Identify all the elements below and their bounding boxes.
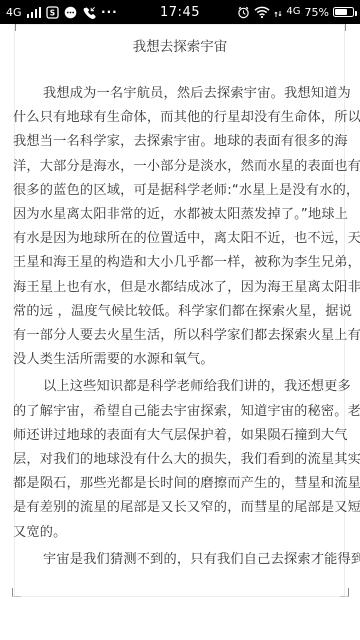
essay-line: 因为水星离太阳非常的近，水都被太阳蒸发掉了。”地球上 <box>13 203 348 227</box>
essay-paragraph: 宇宙是我们猜测不到的，只有我们自己去探索才能得到 <box>13 548 348 572</box>
status-bar-left: 4G S ··· <box>6 5 160 19</box>
essay-line: 层，对我们的地球没有什么大的损失，我们看到的流星其实 <box>13 448 348 472</box>
essay-line: 都是陨石，那些光都是长时间的磨擦而产生的，彗星和流星 <box>13 472 348 496</box>
essay-line: 师还讲过地球的表面有大气层保护着，如果陨石撞到大气 <box>13 424 348 448</box>
message-dots-icon <box>64 6 77 19</box>
battery-icon <box>333 7 354 17</box>
document-view[interactable]: 我想去探索宇宙 我想成为一名宇航员，然后去探索宇宙。我想知道为什么只有地球有生命… <box>0 24 360 640</box>
essay-line: 宇宙是我们猜测不到的，只有我们自己去探索才能得到 <box>13 548 348 572</box>
essay-paragraph: 我想成为一名宇航员，然后去探索宇宙。我想知道为什么只有地球有生命体，而其他的行星… <box>13 82 348 372</box>
essay-line: 海王星上也有水，但是水都结成冰了，因为海王星离太阳非 <box>13 276 348 300</box>
essay-body: 我想成为一名宇航员，然后去探索宇宙。我想知道为什么只有地球有生命体，而其他的行星… <box>0 82 360 572</box>
essay-line: 什么只有地球有生命体，而其他的行星却没有生命体，所以 <box>13 106 348 130</box>
network-type-label-left: 4G <box>6 6 22 19</box>
essay-line: 常的远 ，温度气候比较低。科学家们都在探索火星，据说 <box>13 300 348 324</box>
essay-paragraph: 以上这些知识都是科学老师给我们讲的，我还想更多的了解宇宙，希望自己能去宇宙探索，… <box>13 375 348 544</box>
essay-line: 有一部分人要去火星生活，所以科学家们都去探索火星上有 <box>13 324 348 348</box>
essay-line: 我想当一名科学家，去探索宇宙。地球的表面有很多的海 <box>13 130 348 154</box>
phone-screen: 4G S ··· 17:45 <box>0 0 360 640</box>
essay-line: 又宽的。 <box>13 521 348 545</box>
ellipsis-icon: ··· <box>101 5 118 19</box>
alarm-clock-icon <box>237 6 250 19</box>
battery-percent-label: 75% <box>305 6 329 19</box>
essay-line: 很多的蓝色的区域，可是据科学老师:“水星上是没有水的， <box>13 179 348 203</box>
essay-line: 以上这些知识都是科学老师给我们讲的，我还想更多 <box>13 375 348 399</box>
svg-text:S: S <box>50 8 55 17</box>
essay-line: 洋，大部分是海水，一小部分是淡水，然而水星的表面也有 <box>13 155 348 179</box>
essay-line: 是有差别的流星的尾部是又长又窄的，而彗星的尾部是又短 <box>13 496 348 520</box>
sim-s-icon: S <box>46 6 59 19</box>
signal-bars-icon <box>27 7 42 18</box>
essay-title: 我想去探索宇宙 <box>0 38 360 56</box>
status-bar: 4G S ··· 17:45 <box>0 0 360 24</box>
essay-line: 我想成为一名宇航员，然后去探索宇宙。我想知道为 <box>13 82 348 106</box>
data-arrows-icon <box>274 10 282 18</box>
essay-line: 没人类生活所需要的水源和氧气。 <box>13 348 348 372</box>
essay-line: 王星和海王星的构造和大小几乎都一样，被称为李生兄弟， <box>13 251 348 275</box>
wifi-icon <box>254 6 270 18</box>
phone-call-icon <box>82 6 96 19</box>
status-bar-clock: 17:45 <box>160 5 200 20</box>
essay-line: 的了解宇宙，希望自己能去宇宙探索，知道宇宙的秘密。老 <box>13 400 348 424</box>
status-bar-right: 4G 75% <box>200 6 354 19</box>
network-type-label-right: 4G <box>286 6 300 17</box>
essay-line: 有水是因为地球所在的位置适中，离太阳不近，也不远，天 <box>13 227 348 251</box>
